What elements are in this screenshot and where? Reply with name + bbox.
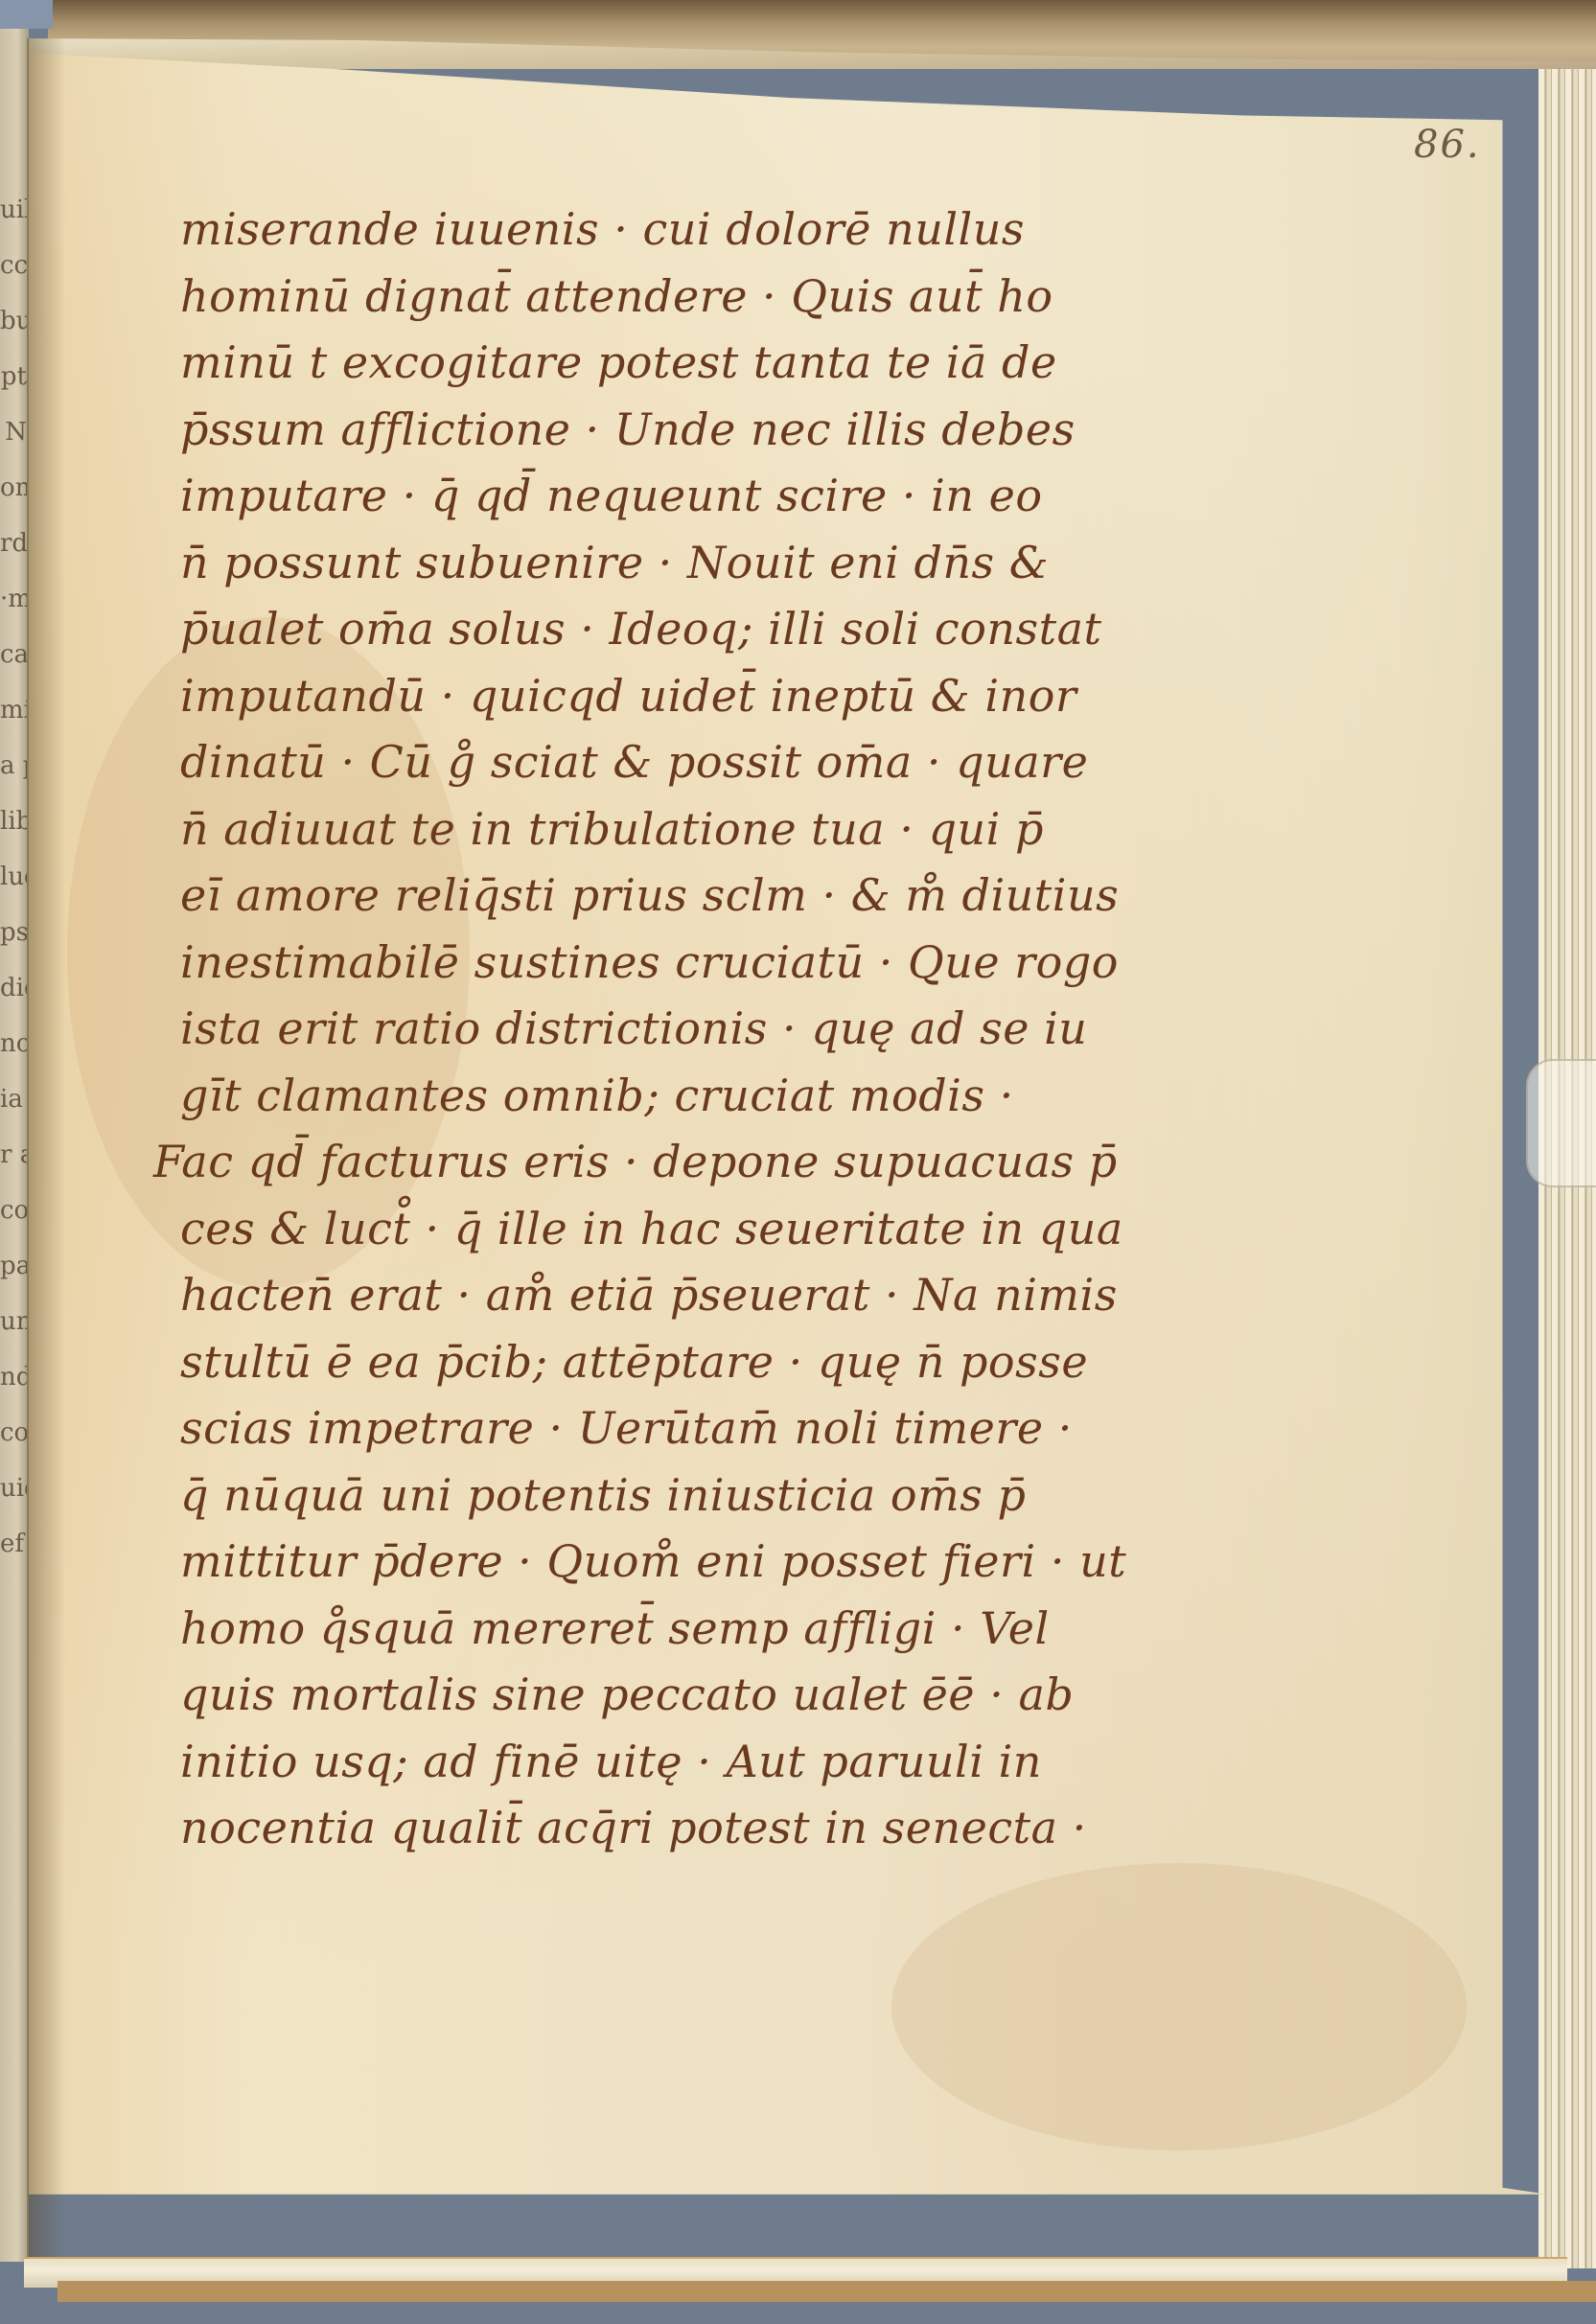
fragment-line: ia p: [0, 1071, 27, 1127]
text-line: stultū ē ea p̄cib; attēptare · quę n̄ po…: [180, 1329, 1283, 1396]
fragment-line: conl: [0, 1183, 27, 1238]
text-line: imputare · q̄ qd̄ nequeunt scire · in eo: [180, 463, 1283, 530]
fragment-line: rd: [0, 516, 27, 571]
fragment-line: dic: [0, 960, 27, 1016]
text-line: n̄ adiuuat te in tribulatione tua · qui …: [180, 796, 1283, 863]
text-line: hacten̄ erat · am̊ etiā p̄seuerat · Na n…: [180, 1262, 1283, 1329]
fragment-line: om: [0, 460, 27, 516]
folio-number: 86.: [1414, 123, 1481, 167]
text-line: p̄ualet om̄a solus · Ideoq; illi soli co…: [180, 596, 1283, 663]
text-line: ista erit ratio districtionis · quę ad s…: [180, 996, 1283, 1063]
text-line: initio usq; ad finē uitę · Aut paruuli i…: [180, 1729, 1283, 1796]
fragment-line: capt: [0, 627, 27, 682]
fragment-line: bul: [0, 293, 27, 349]
text-line: mittitur p̄dere · Quom̊ eni posset fieri…: [180, 1529, 1283, 1596]
text-line: ces & luct̊ · q̄ ille in hac seueritate …: [180, 1196, 1283, 1263]
fragment-line: pt: [0, 349, 27, 404]
fragment-line: a posl: [0, 738, 27, 794]
gutter-shadow: [27, 38, 65, 2262]
text-line: nocentia qualit̄ acq̄ri potest in senect…: [180, 1795, 1283, 1862]
previous-leaf-text: uil cca bul pt N om rd ·mi capt mia a po…: [0, 182, 27, 1572]
text-line: q̄ nūquā uni potentis iniusticia om̄s p̄: [180, 1462, 1283, 1530]
text-line: p̄ssum afflictione · Unde nec illis debe…: [180, 397, 1283, 464]
fragment-line: mia: [0, 682, 27, 738]
text-line: n̄ possunt subuenire · Nouit eni dn̄s &: [180, 530, 1283, 597]
text-line: hominū dignat̄ attendere · Quis aut̄ ho: [180, 264, 1283, 331]
text-line: miserande iuuenis · cui dolorē nullus: [180, 196, 1283, 264]
fragment-line: cca: [0, 238, 27, 293]
background-backdrop: [0, 0, 53, 29]
text-line: gīt clamantes omnib; cruciat modis ·: [180, 1063, 1283, 1130]
fragment-line: ludi: [0, 849, 27, 905]
text-line: minū t excogitare potest tanta te iā de: [180, 330, 1283, 397]
text-line: homo q̊squā mereret̄ semp affligi · Vel: [180, 1596, 1283, 1663]
text-line: scias impetrare · Uerūtam̄ noli timere ·: [180, 1395, 1283, 1462]
previous-leaf-fragment: uil cca bul pt N om rd ·mi capt mia a po…: [0, 29, 29, 2262]
fragment-line: ef · Oq: [0, 1516, 27, 1572]
manuscript-text-block: miserande iuuenis · cui dolorē nullus ho…: [180, 196, 1283, 1862]
text-line: inestimabilē sustines cruciatū · Que rog…: [180, 930, 1283, 997]
fragment-line: umet: [0, 1294, 27, 1349]
fragment-line: no: [0, 1016, 27, 1071]
book-bottom-edge: [58, 2281, 1596, 2302]
text-line: eī amore reliq̄sti prius sclm · & m̊ diu…: [180, 863, 1283, 930]
fragment-line: psalr: [0, 905, 27, 960]
fragment-line: uiddu: [0, 1461, 27, 1516]
text-line-initial: Fac qd̄ facturus eris · depone supuacuas…: [153, 1129, 1283, 1196]
parchment-stain: [891, 1863, 1467, 2151]
fragment-line: ndo t: [0, 1349, 27, 1405]
page-tab-marker[interactable]: [1526, 1059, 1596, 1187]
fragment-line: lib q: [0, 794, 27, 849]
text-line: dinatū · Cū g̊ sciat & possit om̄a · qua…: [180, 729, 1283, 796]
fragment-line: copa: [0, 1405, 27, 1461]
fragment-line: ·mi: [0, 571, 27, 627]
fragment-line: N: [0, 404, 27, 460]
text-line: quis mortalis sine peccato ualet ēē · ab: [180, 1662, 1283, 1729]
text-line: imputandū · quicqd uidet̄ ineptū & inor: [180, 663, 1283, 730]
fragment-line: uil: [0, 182, 27, 238]
fragment-line: palu: [0, 1238, 27, 1294]
fragment-line: r al: [0, 1127, 27, 1183]
